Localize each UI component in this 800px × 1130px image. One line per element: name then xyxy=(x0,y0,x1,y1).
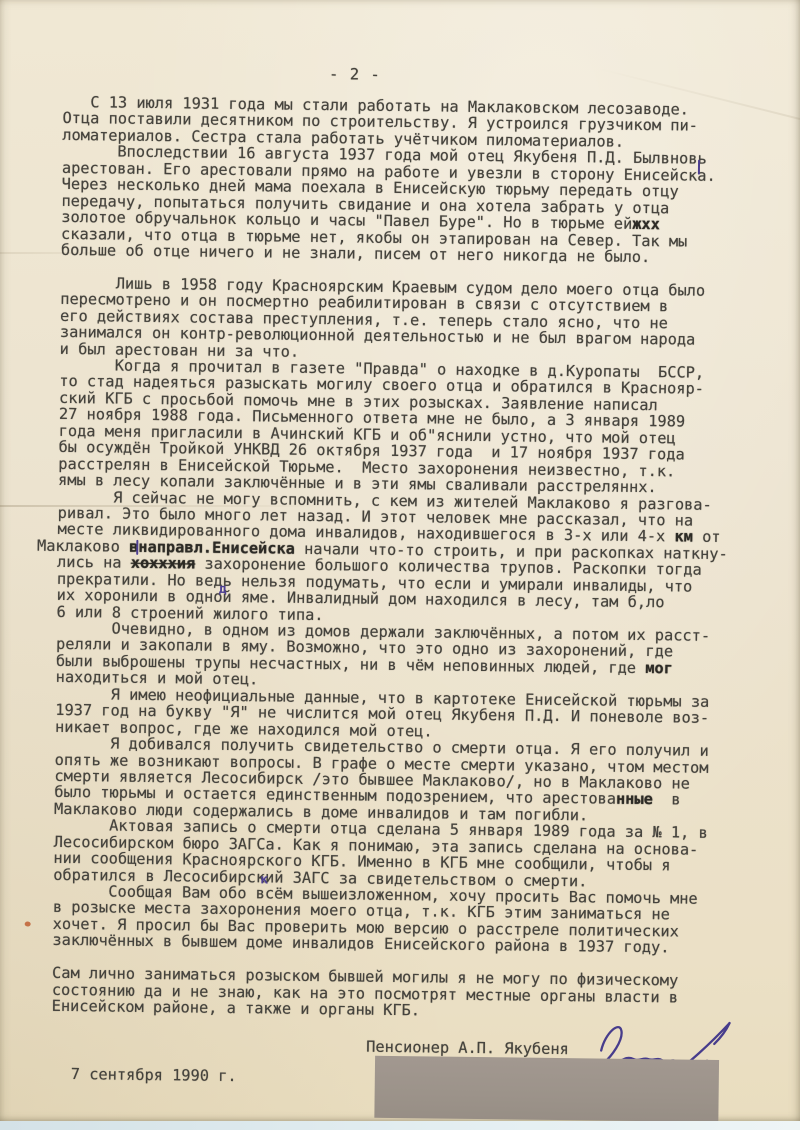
paragraph: Актовая запись о смерти отца сделана 5 я… xyxy=(53,817,770,891)
pen-corrected-letter: к xyxy=(260,874,268,886)
date-line: 7 сентября 1990 г. xyxy=(71,1065,237,1085)
paragraph: Я сейчас не могу вспомнить, с кем из жит… xyxy=(56,488,774,628)
page-content: - 2 - С 13 июля 1931 года мы стали работ… xyxy=(0,0,800,1126)
pen-mark-between-words xyxy=(698,160,700,175)
paragraph: Впоследствии 16 августа 1937 года мой от… xyxy=(61,143,778,267)
scanner-background xyxy=(0,1121,800,1130)
redaction-box xyxy=(374,1056,719,1122)
document-body: С 13 июля 1931 года мы стали работать на… xyxy=(52,94,779,1023)
pen-mark-over-overtype xyxy=(136,540,138,555)
paragraph: Лишь в 1958 году Красноярским Краевым су… xyxy=(60,275,777,366)
paragraph: Когда я прочитал в газете "Правда" о нах… xyxy=(58,357,776,497)
paragraph: Сообщая Вам обо всём вышеизложенном, хоч… xyxy=(52,883,769,957)
paragraph: Очевидно, в одном из домов держали заклю… xyxy=(56,620,773,694)
paragraph: Я добивался получить свидетельство о сме… xyxy=(54,735,771,826)
ink-spot xyxy=(25,921,31,926)
pen-inserted-letter: д xyxy=(219,584,227,596)
page-number: - 2 - xyxy=(329,65,381,84)
scanned-page: - 2 - С 13 июля 1931 года мы стали работ… xyxy=(0,0,800,1121)
